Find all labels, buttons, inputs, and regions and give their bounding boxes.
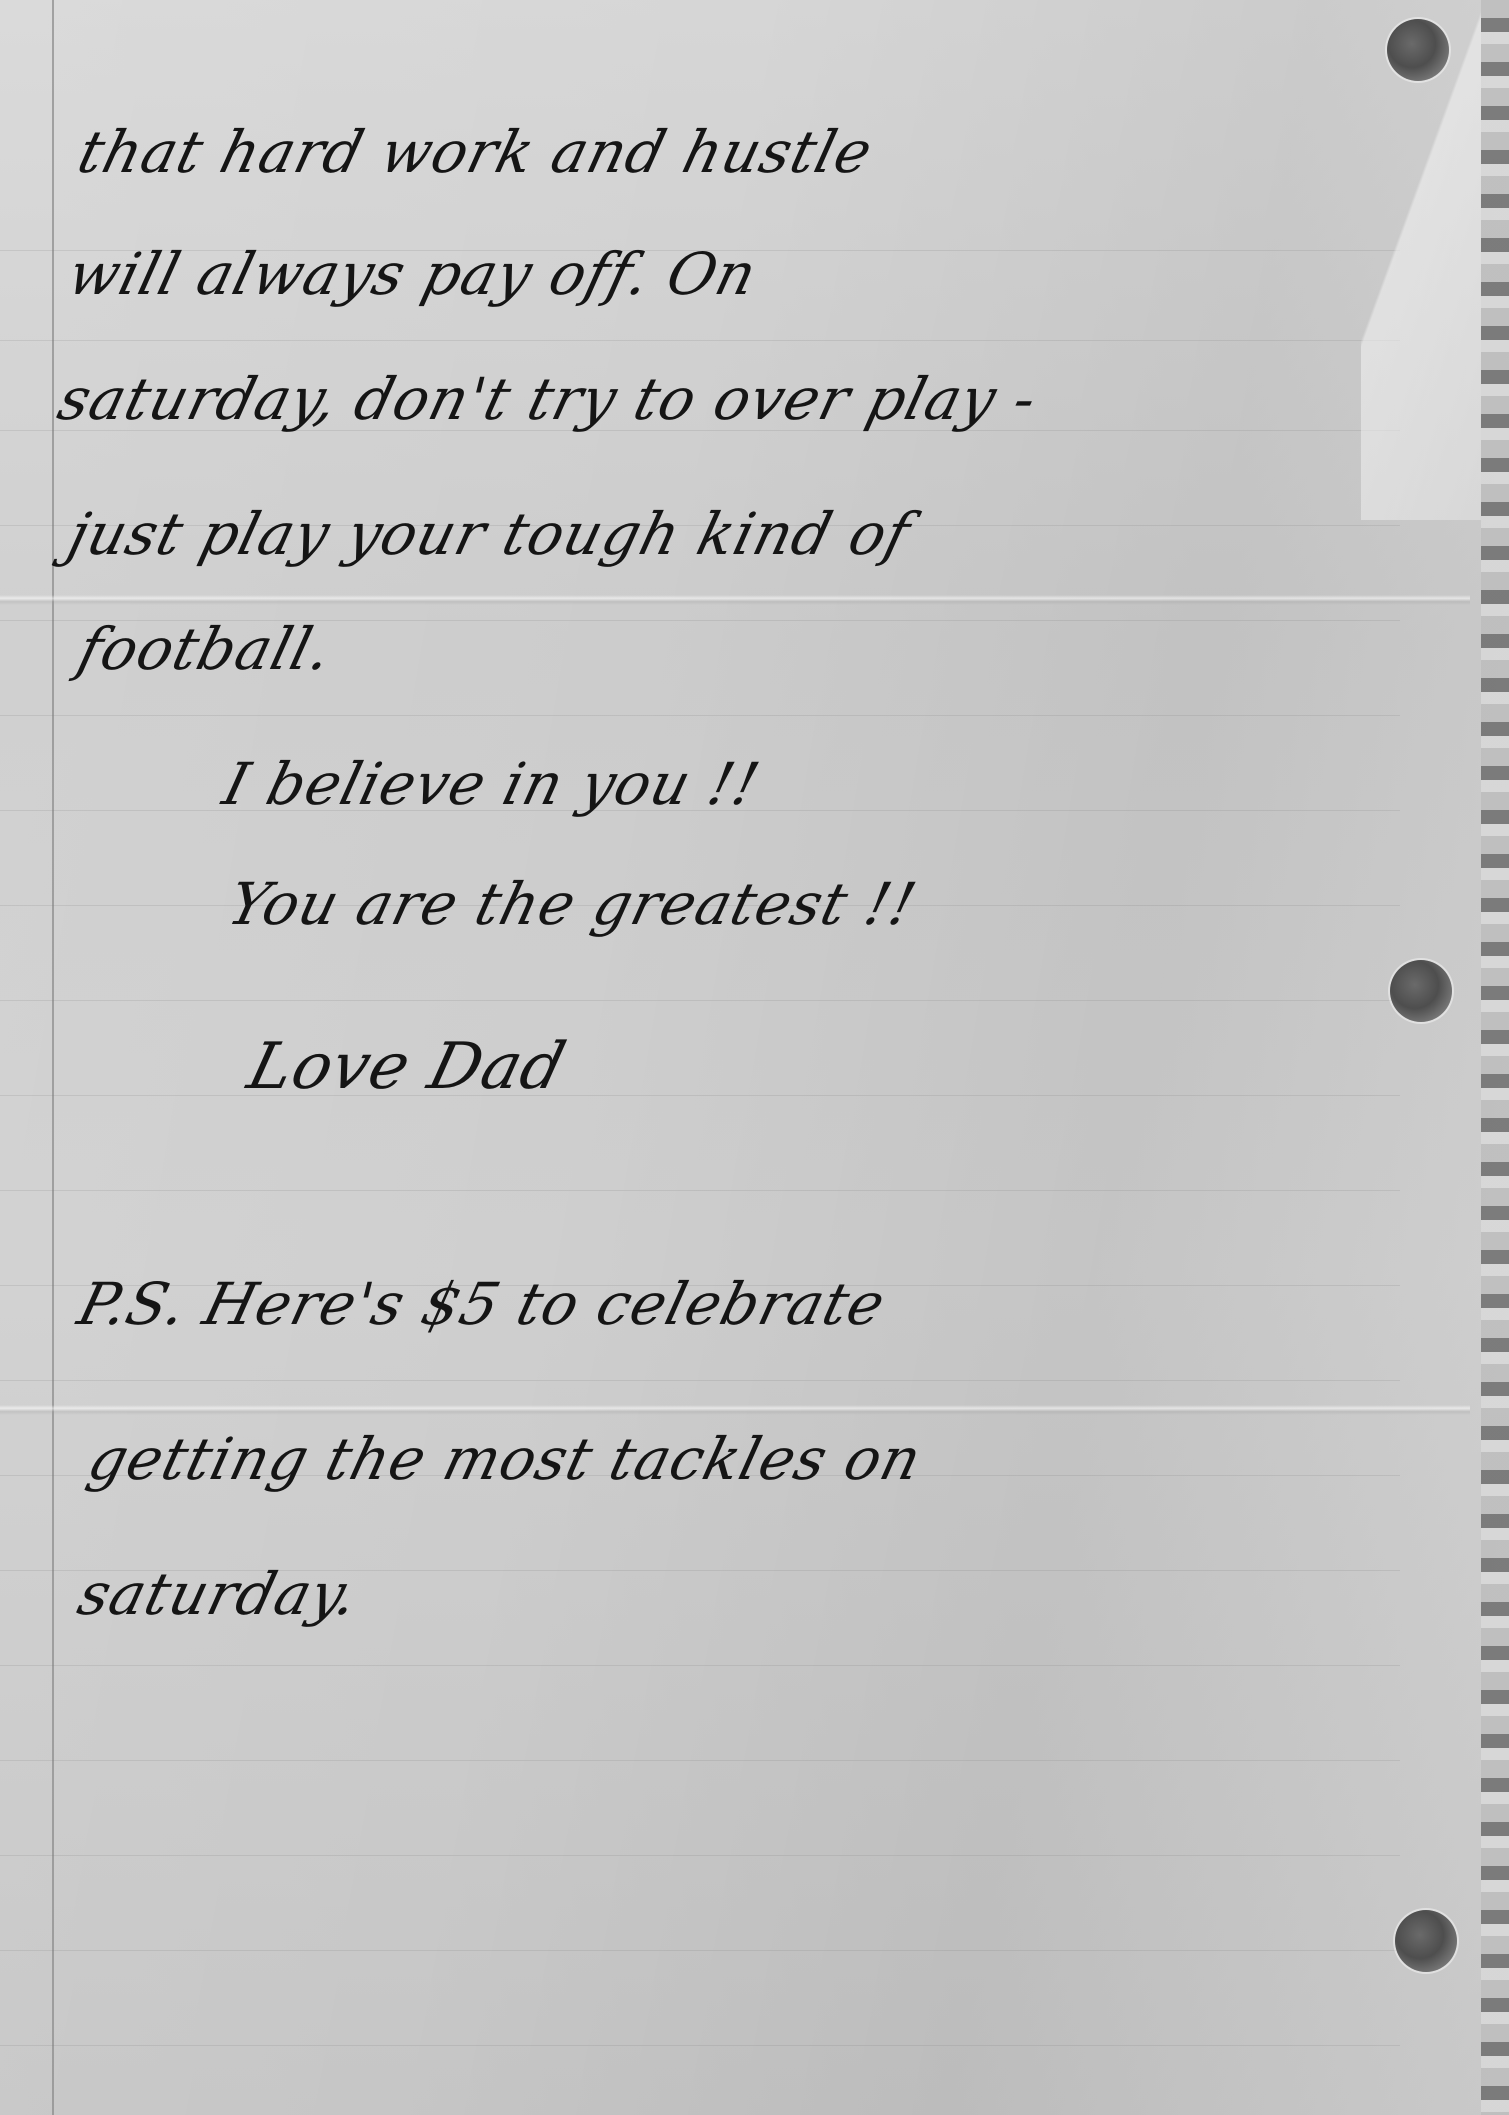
ruled-line [0,1855,1400,1856]
ruled-line [0,1950,1400,1951]
postscript-line: saturday. [72,1560,366,1628]
letter-body-line: saturday, don't try to over play - [52,365,1045,433]
ruled-line [0,1000,1400,1001]
ruled-line [0,340,1400,341]
letter-body-line: football. [72,615,340,683]
ruled-line [0,1665,1400,1666]
letter-body-line: just play your tough kind of [62,500,918,568]
ruled-line [0,1190,1400,1191]
ruled-line [0,715,1400,716]
postscript-line: P.S. Here's $5 to celebrate [72,1270,893,1338]
punch-hole-top [1387,19,1449,81]
spiral-torn-edge [1481,0,1509,2115]
ruled-line [0,1380,1400,1381]
letter-body-line: that hard work and hustle [72,118,880,186]
ruled-line [0,1095,1400,1096]
notebook-page: that hard work and hustle will always pa… [0,0,1509,2115]
closing-line: You are the greatest !! [222,870,924,938]
postscript-line: getting the most tackles on [82,1425,929,1493]
punch-hole-bottom [1395,1910,1457,1972]
signature: Love Dad [241,1030,573,1104]
paper-fold [0,595,1470,605]
paper-fold [0,1405,1470,1415]
ruled-line [0,2045,1400,2046]
margin-line [52,0,54,2115]
punch-hole-middle [1390,960,1452,1022]
closing-line: I believe in you !! [217,750,767,818]
letter-body-line: will always pay off. On [62,240,764,308]
ruled-line [0,1760,1400,1761]
